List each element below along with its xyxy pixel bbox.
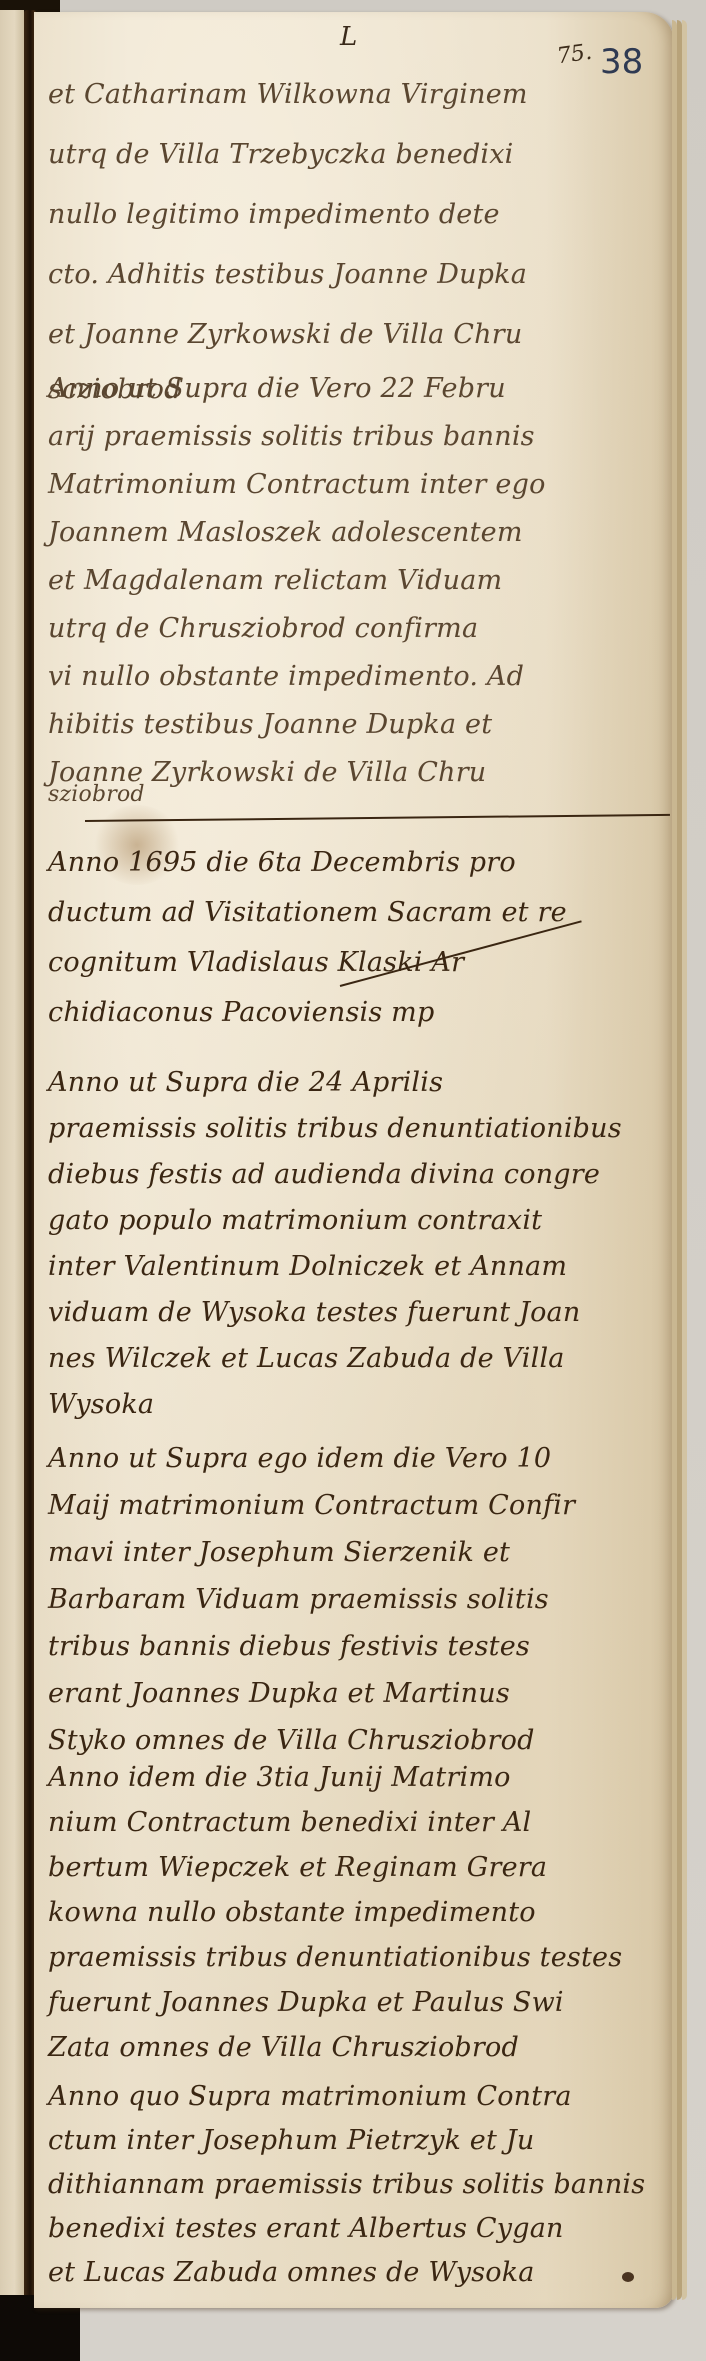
- text-line: vi nullo obstante impedimento. Ad: [48, 653, 648, 701]
- text-line: Anno quo Supra matrimonium Contra: [48, 2075, 648, 2119]
- folio-top-mark: L: [340, 22, 357, 52]
- text-line: Anno ut Supra ego idem die Vero 10: [48, 1435, 648, 1482]
- facing-page-edge: [0, 10, 24, 2300]
- text-line: chidiaconus Pacoviensis mp: [48, 988, 648, 1038]
- text-line: Matrimonium Contractum inter ego: [48, 461, 648, 509]
- entry-4: Anno ut Supra ego idem die Vero 10 Maij …: [48, 1435, 648, 1764]
- text-line: utrq de Chrusziobrod confirma: [48, 605, 648, 653]
- page-edge: [682, 20, 687, 2300]
- text-line: et Magdalenam relictam Viduam: [48, 557, 648, 605]
- entry-3: Anno ut Supra die 24 Aprilis praemissis …: [48, 1060, 648, 1428]
- entry-6: Anno quo Supra matrimonium Contra ctum i…: [48, 2075, 648, 2295]
- text-line: erant Joannes Dupka et Martinus: [48, 1670, 648, 1717]
- text-line: hibitis testibus Joanne Dupka et: [48, 701, 648, 749]
- text-line: Maij matrimonium Contractum Confir: [48, 1482, 648, 1529]
- text-line: Anno 1695 die 6ta Decembris pro: [48, 838, 648, 888]
- text-line: Zata omnes de Villa Chrusziobrod: [48, 2025, 648, 2070]
- text-line: dithiannam praemissis tribus solitis ban…: [48, 2163, 648, 2207]
- text-line: Joannem Masloszek adolescentem: [48, 509, 648, 557]
- text-line: Anno idem die 3tia Junij Matrimo: [48, 1755, 648, 1800]
- text-line: praemissis tribus denuntiationibus teste…: [48, 1935, 648, 1980]
- text-line: utrq de Villa Trzebyczka benedixi: [48, 125, 648, 185]
- entry-2-tail: sziobrod: [48, 780, 648, 810]
- text-line: arij praemissis solitis tribus bannis: [48, 413, 648, 461]
- text-line: nullo legitimo impedimento dete: [48, 185, 648, 245]
- text-line: Wysoka: [48, 1382, 648, 1428]
- manuscript-photo: L 75. 38 et Catharinam Wilkowna Virginem…: [0, 0, 706, 2361]
- text-line: inter Valentinum Dolniczek et Annam: [48, 1244, 648, 1290]
- entry-5: Anno idem die 3tia Junij Matrimo nium Co…: [48, 1755, 648, 2070]
- visitation-note: Anno 1695 die 6ta Decembris pro ductum a…: [48, 838, 648, 1038]
- text-line: praemissis solitis tribus denuntiationib…: [48, 1106, 648, 1152]
- text-line: benedixi testes erant Albertus Cygan: [48, 2207, 648, 2251]
- text-line: gato populo matrimonium contraxit: [48, 1198, 648, 1244]
- entry-2: Anno ut Supra die Vero 22 Febru arij pra…: [48, 365, 648, 797]
- text-line: sziobrod: [48, 780, 648, 810]
- text-line: viduam de Wysoka testes fuerunt Joan: [48, 1290, 648, 1336]
- text-line: kowna nullo obstante impedimento: [48, 1890, 648, 1935]
- text-line: Barbaram Viduam praemissis solitis: [48, 1576, 648, 1623]
- text-line: et Joanne Zyrkowski de Villa Chru: [48, 305, 648, 365]
- text-line: bertum Wiepczek et Reginam Grera: [48, 1845, 648, 1890]
- text-line: cto. Adhitis testibus Joanne Dupka: [48, 245, 648, 305]
- text-line: tribus bannis diebus festivis testes: [48, 1623, 648, 1670]
- text-line: et Lucas Zabuda omnes de Wysoka: [48, 2251, 648, 2295]
- text-line: nium Contractum benedixi inter Al: [48, 1800, 648, 1845]
- text-line: cognitum Vladislaus Klaski Ar: [48, 938, 648, 988]
- text-line: fuerunt Joannes Dupka et Paulus Swi: [48, 1980, 648, 2025]
- text-line: nes Wilczek et Lucas Zabuda de Villa: [48, 1336, 648, 1382]
- text-line: Anno ut Supra die Vero 22 Febru: [48, 365, 648, 413]
- text-line: Anno ut Supra die 24 Aprilis: [48, 1060, 648, 1106]
- text-line: ductum ad Visitationem Sacram et re: [48, 888, 648, 938]
- text-line: ctum inter Josephum Pietrzyk et Ju: [48, 2119, 648, 2163]
- text-line: mavi inter Josephum Sierzenik et: [48, 1529, 648, 1576]
- entry-1: et Catharinam Wilkowna Virginem utrq de …: [48, 65, 648, 415]
- text-line: diebus festis ad audienda divina congre: [48, 1152, 648, 1198]
- text-line: et Catharinam Wilkowna Virginem: [48, 65, 648, 125]
